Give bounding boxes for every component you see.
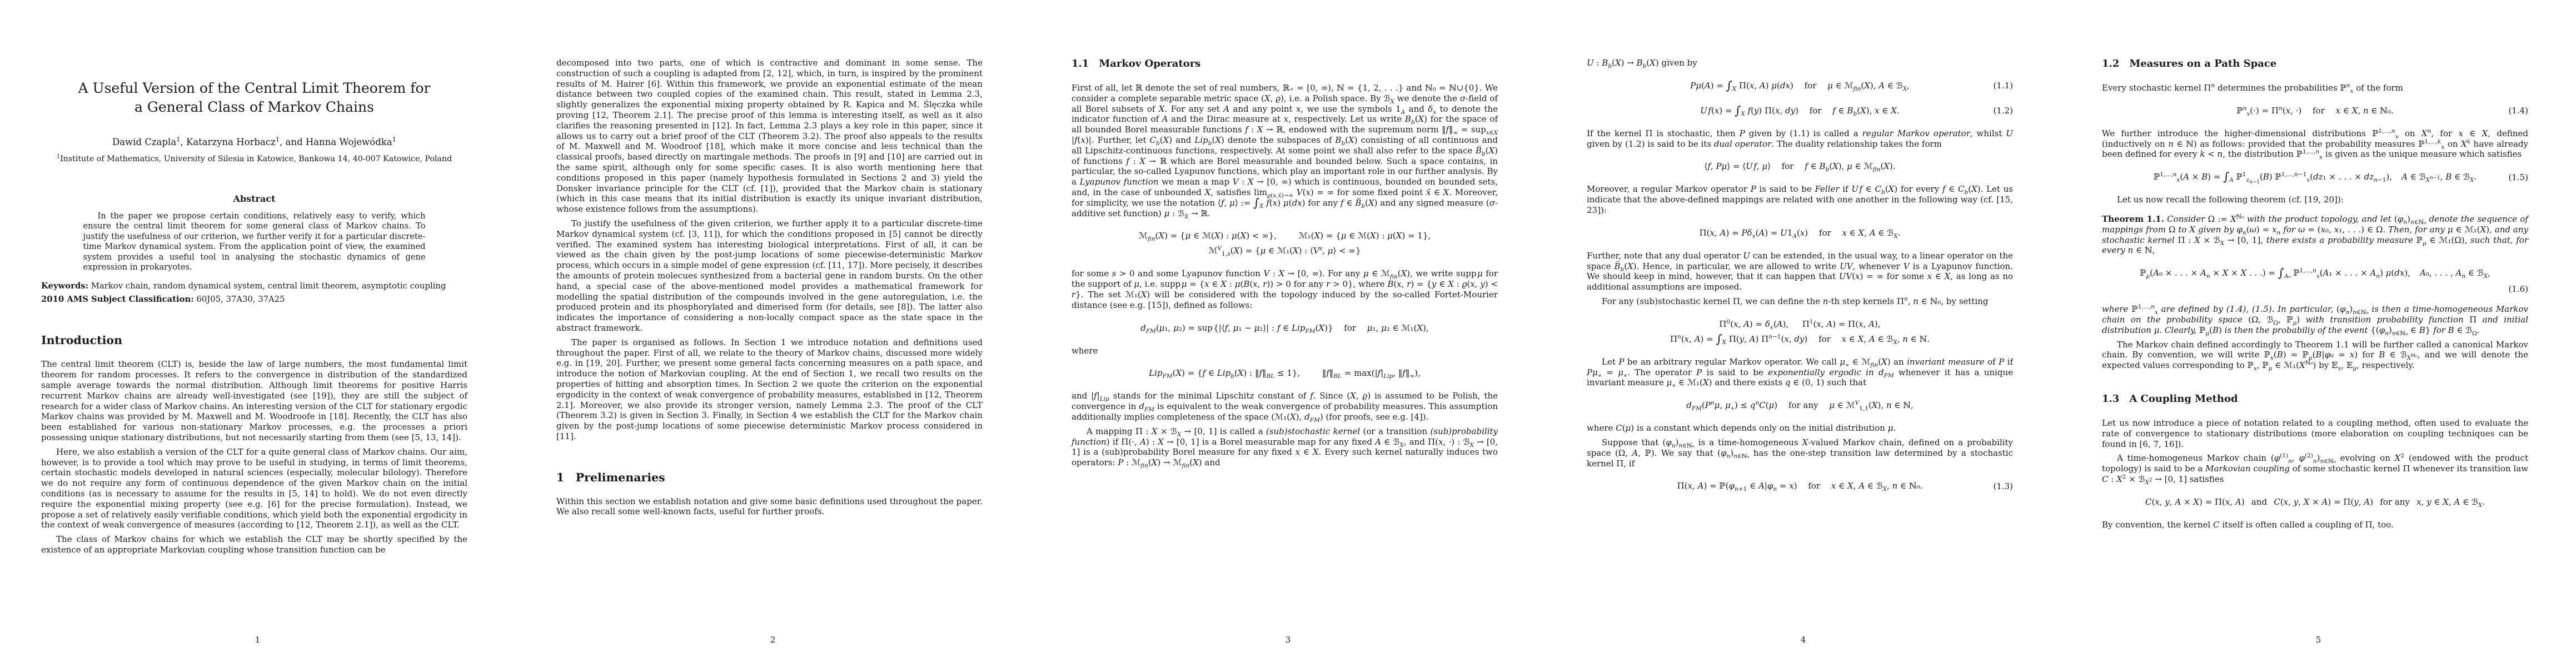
page-number: 3 xyxy=(1030,635,1546,645)
equation-line: Πn(x, A) = ∫X Π(y, A) Πn−1(x, dy) for x … xyxy=(1587,332,2013,347)
authors: Dawid Czapla1, Katarzyna Horbacz1, and H… xyxy=(41,137,467,147)
equation-line: C(x, y, A × X) = Π(x, A) and C(x, y, X ×… xyxy=(2102,495,2528,510)
equation: dFM(μ₁, μ₂) = sup {|⟨f, μ₁ − μ₂⟩| : f ∈ … xyxy=(1072,321,1498,336)
equation: Pμ(A) = ∫X Π(x, A) μ(dx) for μ ∈ ℳfin(X)… xyxy=(1587,78,2013,93)
paragraph: U : Bb(X) → Bb(X) given by xyxy=(1587,58,2013,68)
ams-classification: 2010 AMS Subject Classification: 60J05, … xyxy=(41,294,467,305)
equation-number: (1.6) xyxy=(2508,284,2528,294)
page-number: 4 xyxy=(1546,635,2061,645)
paragraph: Further, note that any dual operator U c… xyxy=(1587,251,2013,292)
keywords-line: Keywords: Markov chain, random dynamical… xyxy=(41,281,467,291)
paragraph: where C(μ) is a constant which depends o… xyxy=(1587,423,2013,434)
equation-line: ℙμ(A₀ × . . . × An × X × X . . .) = ∫A₀ … xyxy=(2102,266,2528,281)
page-number: 2 xyxy=(515,635,1030,645)
abstract-text: In the paper we propose certain conditio… xyxy=(83,211,426,272)
paragraph: Let P be an arbitrary regular Markov ope… xyxy=(1587,357,2013,388)
page-number: 5 xyxy=(2061,635,2576,645)
paragraph: Suppose that (φn)n∈ℕ₀ is a time-homogene… xyxy=(1587,437,2013,469)
paper-title: A Useful Version of the Central Limit Th… xyxy=(41,79,467,117)
paragraph: By convention, the kernel C itself is of… xyxy=(2102,520,2528,530)
paper-scan: arXiv:1804.09220v3 [math.PR] 11 Sep 2019… xyxy=(0,0,2576,667)
page-4: U : Bb(X) → Bb(X) given byPμ(A) = ∫X Π(x… xyxy=(1546,0,2061,667)
paragraph: If the kernel Π is stochastic, then P gi… xyxy=(1587,128,2013,150)
equation: LipFM(X) = {f ∈ Lipb(X) : ‖f‖BL ≤ 1}, ‖f… xyxy=(1072,366,1498,381)
paragraph: To justify the usefulness of the given c… xyxy=(556,218,983,333)
equation: Π(x, A) = Pδx(A) = U1A(x) for x ∈ X, A ∈… xyxy=(1587,226,2013,241)
abstract-heading: Abstract xyxy=(41,193,467,204)
equation-line: ⟨f, Pμ⟩ = ⟨U f, μ⟩ for f ∈ Bb(X), μ ∈ ℳf… xyxy=(1587,159,2013,174)
affiliation: 1Institute of Mathematics, University of… xyxy=(41,155,467,163)
equation-number: (1.5) xyxy=(2508,172,2528,182)
equation: ℙnx(·) = Πn(x, ·) for x ∈ X, n ∈ ℕ₀.(1.4… xyxy=(2102,103,2528,118)
section-markov-operators: 1.1 Markov Operators xyxy=(1072,58,1498,69)
page-2: decomposed into two parts, one of which … xyxy=(515,0,1030,667)
equation: ℙ1,...,nx(A × B) = ∫A ℙ1zn−1(B) ℙ1,...,n… xyxy=(2102,170,2528,185)
section-preliminaries: 1 Prelimenaries xyxy=(556,471,983,484)
paragraph: where xyxy=(1072,346,1498,356)
paragraph: A time-homogeneus Markov chain (φ(1)n, φ… xyxy=(2102,453,2528,484)
paragraph: The central limit theorem (CLT) is, besi… xyxy=(41,359,467,442)
paragraph: Let us now introduce a piece of notation… xyxy=(2102,418,2528,449)
equation: C(x, y, A × X) = Π(x, A) and C(x, y, X ×… xyxy=(2102,495,2528,510)
paragraph: For any (sub)stochastic kernel Π, we can… xyxy=(1587,296,2013,307)
equation-line: U f(x) = ∫X f(y) Π(x, dy) for f ∈ Bb(X),… xyxy=(1587,103,2013,118)
equation-line: Pμ(A) = ∫X Π(x, A) μ(dx) for μ ∈ ℳfin(X)… xyxy=(1587,78,2013,93)
page-3: 1.1 Markov OperatorsFirst of all, let ℝ … xyxy=(1030,0,1546,667)
paragraph: Moreover, a regular Markov operator P is… xyxy=(1587,184,2013,215)
paragraph: for some s > 0 and some Lyapunov functio… xyxy=(1072,268,1498,310)
equation: ⟨f, Pμ⟩ = ⟨U f, μ⟩ for f ∈ Bb(X), μ ∈ ℳf… xyxy=(1587,159,2013,174)
equation-line: Π(x, A) = ℙ(φn+1 ∈ A|φn = x) for x ∈ X, … xyxy=(1587,479,2013,494)
paragraph: We further introduce the higher-dimensio… xyxy=(2102,128,2528,160)
paragraph: Every stochastic kernel Πn determines th… xyxy=(2102,83,2528,93)
paragraph: The Markov chain defined accordingly to … xyxy=(2102,340,2528,371)
equation-line: Π(x, A) = Pδx(A) = U1A(x) for x ∈ X, A ∈… xyxy=(1587,226,2013,241)
paragraph: First of all, let ℝ denote the set of re… xyxy=(1072,83,1498,218)
equation-line: ℳV1,s(X) = {μ ∈ ℳ₁(X) : ⟨Vs, μ⟩ < ∞} xyxy=(1072,243,1498,258)
paragraph: The class of Markov chains for which we … xyxy=(41,534,467,555)
equation: U f(x) = ∫X f(y) Π(x, dy) for f ∈ Bb(X),… xyxy=(1587,103,2013,118)
equation-line: ℙ1,...,nx(A × B) = ∫A ℙ1zn−1(B) ℙ1,...,n… xyxy=(2102,170,2528,185)
equation-number: (1.2) xyxy=(1993,106,2013,116)
page-1: A Useful Version of the Central Limit Th… xyxy=(0,0,515,667)
equation-number: (1.4) xyxy=(2508,106,2528,116)
theorem-1-1: Theorem 1.1. Consider Ω := Xℕ₀ with the … xyxy=(2102,214,2528,256)
equation: Π(x, A) = ℙ(φn+1 ∈ A|φn = x) for x ∈ X, … xyxy=(1587,479,2013,494)
equation: ℙμ(A₀ × . . . × An × X × X . . .) = ∫A₀ … xyxy=(2102,266,2528,294)
equation-number: (1.3) xyxy=(1993,481,2013,491)
section-coupling-method: 1.3 A Coupling Method xyxy=(2102,393,2528,405)
equation: ℳfin(X) = {μ ∈ ℳ(X) : μ(X) < ∞}, ℳ₁(X) =… xyxy=(1072,228,1498,258)
paragraph: decomposed into two parts, one of which … xyxy=(556,58,983,215)
paragraph: where ℙ1,...,nx are defined by (1.4), (1… xyxy=(2102,304,2528,335)
page-5: 1.2 Measures on a Path SpaceEvery stocha… xyxy=(2061,0,2576,667)
equation-line: dFM(Pnμ, μ∗) ≤ qnC(μ) for any μ ∈ ℳV1,1(… xyxy=(1587,398,2013,413)
paragraph: The paper is organised as follows. In Se… xyxy=(556,337,983,442)
paragraph: and |f|Lip stands for the minimal Lipsch… xyxy=(1072,391,1498,422)
paragraph: Here, we also establish a version of the… xyxy=(41,447,467,530)
equation-line: dFM(μ₁, μ₂) = sup {|⟨f, μ₁ − μ₂⟩| : f ∈ … xyxy=(1072,321,1498,336)
equation: Π0(x, A) = δx(A), Π1(x, A) = Π(x, A),Πn(… xyxy=(1587,317,2013,347)
paragraph: Let us now recall the following theorem … xyxy=(2102,195,2528,205)
equation-line: ℳfin(X) = {μ ∈ ℳ(X) : μ(X) < ∞}, ℳ₁(X) =… xyxy=(1072,228,1498,243)
equation-number: (1.1) xyxy=(1993,81,2013,91)
equation-line: Π0(x, A) = δx(A), Π1(x, A) = Π(x, A), xyxy=(1587,317,2013,332)
page-number: 1 xyxy=(0,635,515,645)
paragraph: Within this section we establish notatio… xyxy=(556,496,983,517)
section-introduction: Introduction xyxy=(41,333,467,347)
section-measures-path-space: 1.2 Measures on a Path Space xyxy=(2102,58,2528,69)
paragraph: A mapping Π : X × ℬX → [0, 1] is called … xyxy=(1072,426,1498,468)
equation-line: ℙnx(·) = Πn(x, ·) for x ∈ X, n ∈ ℕ₀. xyxy=(2102,103,2528,118)
equation-line: LipFM(X) = {f ∈ Lipb(X) : ‖f‖BL ≤ 1}, ‖f… xyxy=(1072,366,1498,381)
equation: dFM(Pnμ, μ∗) ≤ qnC(μ) for any μ ∈ ℳV1,1(… xyxy=(1587,398,2013,413)
